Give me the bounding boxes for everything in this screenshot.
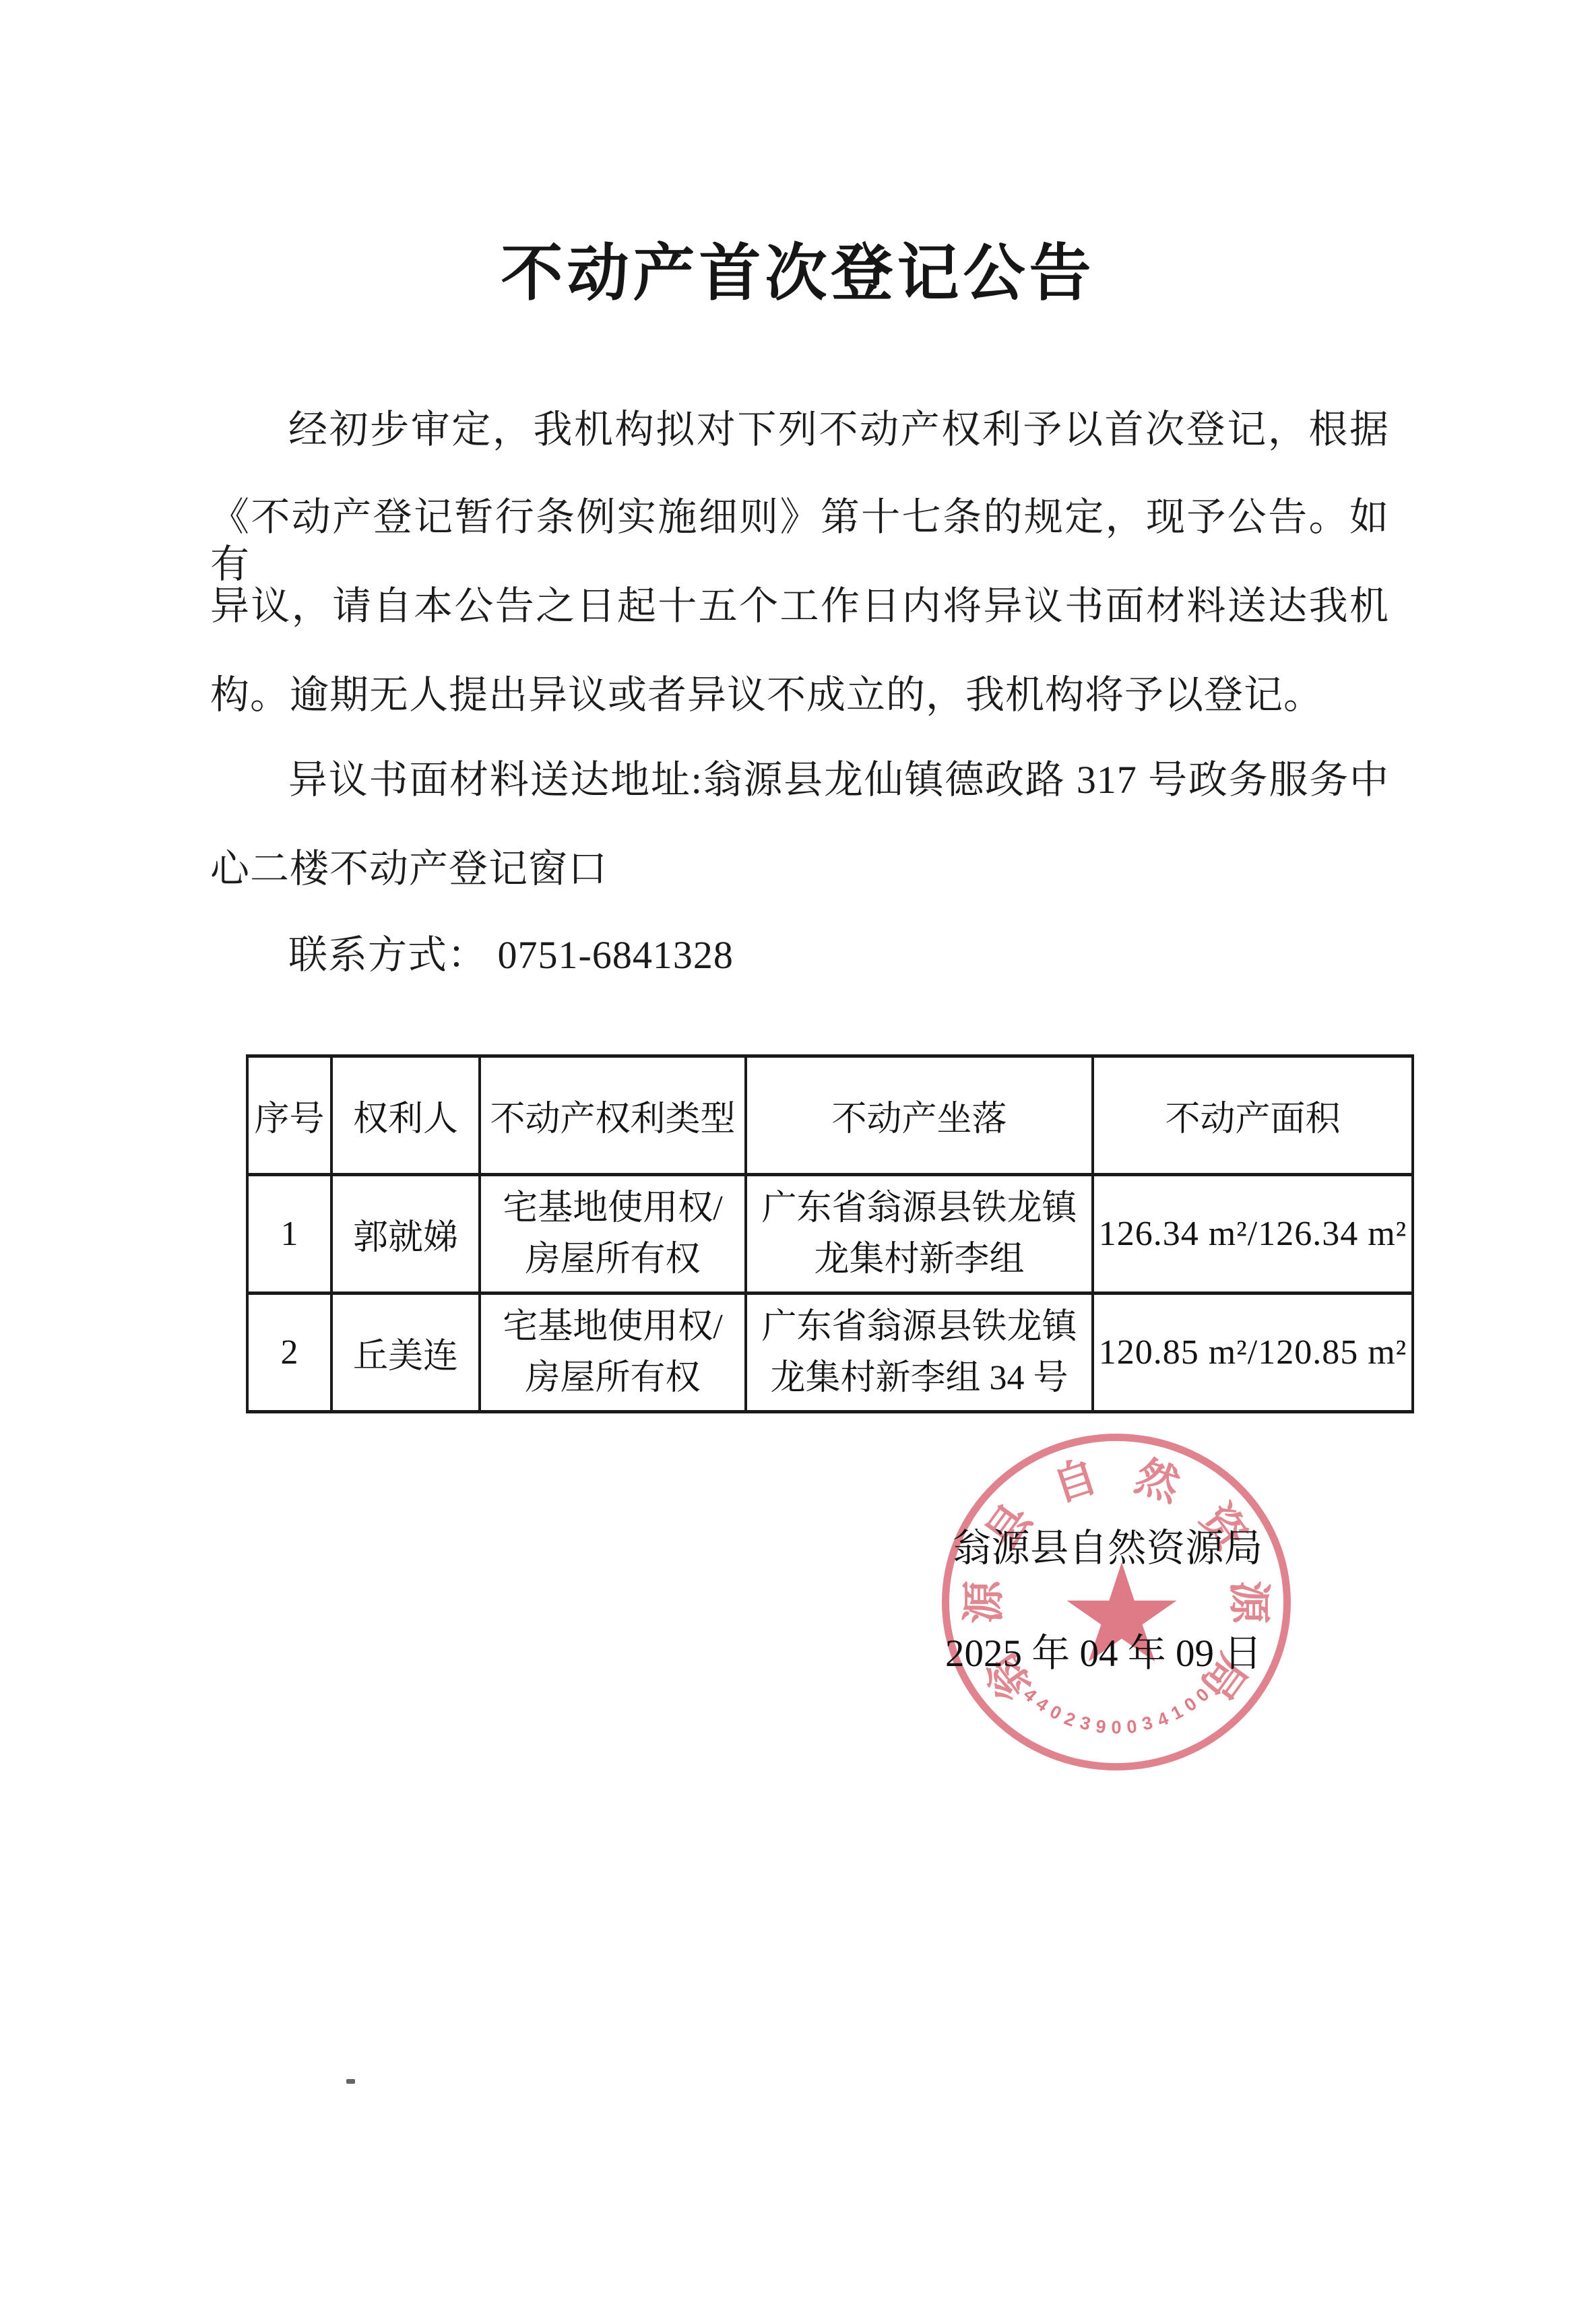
header-cell-index: 序号 bbox=[247, 1056, 331, 1175]
cell-area: 126.34 m²/126.34 m² bbox=[1093, 1175, 1413, 1294]
cell-index: 2 bbox=[247, 1294, 331, 1412]
cell-index: 1 bbox=[247, 1175, 331, 1294]
page-title: 不动产首次登记公告 bbox=[0, 224, 1596, 313]
cell-holder: 丘美连 bbox=[331, 1294, 480, 1412]
right-type-line-1: 宅基地使用权/ bbox=[481, 1183, 744, 1234]
right-type-line-2: 房屋所有权 bbox=[481, 1234, 744, 1285]
body-line-2: 《不动产登记暂行条例实施细则》第十七条的规定，现予公告。如有 bbox=[210, 494, 1389, 588]
announcement-page: 不动产首次登记公告 经初步审定，我机构拟对下列不动产权利予以首次登记，根据 《不… bbox=[0, 0, 1596, 2298]
registration-table: 序号 权利人 不动产权利类型 不动产坐落 不动产面积 1 郭就娣 宅基地使用权/… bbox=[246, 1054, 1414, 1413]
location-line-1: 广东省翁源县铁龙镇 bbox=[747, 1183, 1091, 1234]
scan-artifact-dot bbox=[346, 2079, 355, 2084]
issuer-name: 翁源县自然资源局 bbox=[953, 1517, 1263, 1572]
cell-right-type: 宅基地使用权/ 房屋所有权 bbox=[480, 1294, 746, 1412]
body-line-7: 联系方式： 0751-6841328 bbox=[210, 932, 1389, 979]
official-seal: 翁源县自然资源局4402390034100 bbox=[942, 1434, 1291, 1770]
header-cell-right-type: 不动产权利类型 bbox=[480, 1056, 746, 1175]
location-line-1: 广东省翁源县铁龙镇 bbox=[747, 1302, 1091, 1353]
body-line-6: 心二楼不动产登记窗口 bbox=[210, 845, 1389, 893]
location-line-2: 龙集村新李组 34 号 bbox=[747, 1353, 1091, 1404]
cell-holder: 郭就娣 bbox=[331, 1175, 480, 1294]
header-cell-location: 不动产坐落 bbox=[746, 1056, 1093, 1175]
seal-ring-text-char: 源 bbox=[1225, 1578, 1272, 1626]
cell-right-type: 宅基地使用权/ 房屋所有权 bbox=[480, 1175, 746, 1294]
seal-ring-text-char: 源 bbox=[961, 1578, 1008, 1626]
header-cell-area: 不动产面积 bbox=[1093, 1056, 1413, 1175]
cell-location: 广东省翁源县铁龙镇 龙集村新李组 bbox=[746, 1175, 1093, 1294]
table-header-row: 序号 权利人 不动产权利类型 不动产坐落 不动产面积 bbox=[247, 1056, 1413, 1175]
cell-location: 广东省翁源县铁龙镇 龙集村新李组 34 号 bbox=[746, 1294, 1093, 1412]
table-row: 1 郭就娣 宅基地使用权/ 房屋所有权 广东省翁源县铁龙镇 龙集村新李组 126… bbox=[247, 1175, 1413, 1294]
body-line-1: 经初步审定，我机构拟对下列不动产权利予以首次登记，根据 bbox=[210, 406, 1389, 453]
issue-date: 2025 年 04 年 09 日 bbox=[945, 1622, 1269, 1678]
body-line-3: 异议，请自本公告之日起十五个工作日内将异议书面材料送达我机 bbox=[210, 583, 1389, 630]
right-type-line-2: 房屋所有权 bbox=[481, 1353, 744, 1404]
header-cell-holder: 权利人 bbox=[331, 1056, 480, 1175]
cell-area: 120.85 m²/120.85 m² bbox=[1093, 1294, 1413, 1412]
body-line-4: 构。逾期无人提出异议或者异议不成立的，我机构将予以登记。 bbox=[210, 672, 1389, 719]
right-type-line-1: 宅基地使用权/ bbox=[481, 1302, 744, 1353]
body-line-5: 异议书面材料送达地址:翁源县龙仙镇德政路 317 号政务服务中 bbox=[210, 757, 1389, 804]
location-line-2: 龙集村新李组 bbox=[747, 1234, 1091, 1285]
table-row: 2 丘美连 宅基地使用权/ 房屋所有权 广东省翁源县铁龙镇 龙集村新李组 34 … bbox=[247, 1294, 1413, 1412]
